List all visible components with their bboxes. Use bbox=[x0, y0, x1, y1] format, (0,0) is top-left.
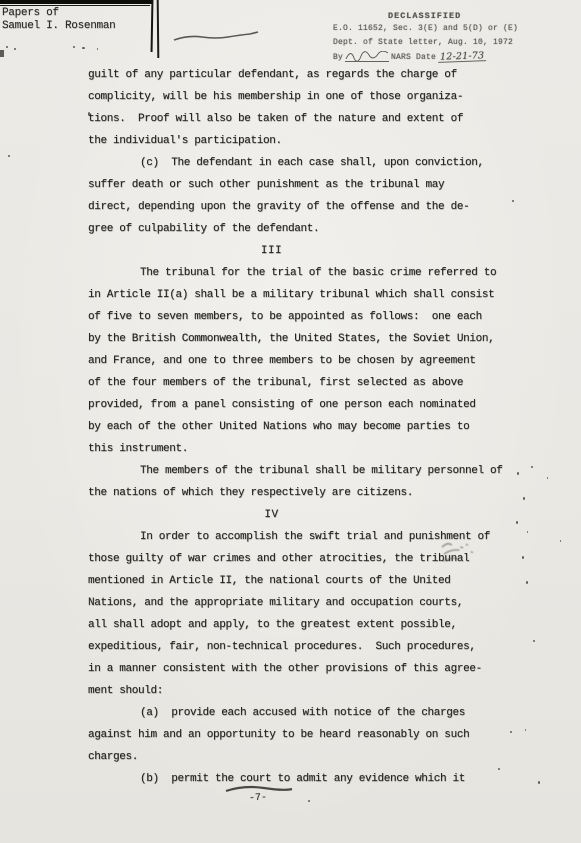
scan-speckle bbox=[6, 46, 8, 48]
scan-speckle bbox=[531, 466, 533, 468]
page-number: -7- bbox=[249, 793, 268, 805]
scan-speckle bbox=[0, 50, 4, 57]
scan-speckle bbox=[516, 521, 518, 524]
scan-speckle bbox=[97, 48, 98, 50]
text-line: all shall adopt and apply, to the greate… bbox=[88, 614, 510, 636]
pen-stroke-vertical bbox=[157, 0, 160, 58]
text-line: gree of culpability of the defendant. bbox=[88, 218, 510, 240]
scan-speckle bbox=[510, 731, 512, 733]
text-line: and France, and one to three members to … bbox=[88, 350, 510, 372]
scan-speckle bbox=[88, 112, 90, 116]
stamp-by-line: By NARS Date 12-21-73 bbox=[333, 51, 533, 62]
section-heading: III bbox=[88, 240, 510, 262]
text-line: (b) permit the court to admit any eviden… bbox=[88, 768, 510, 790]
text-line: against him and an opportunity to be hea… bbox=[88, 724, 510, 746]
collection-label: Papers of Samuel I. Rosenman bbox=[2, 7, 115, 32]
stamp-date-handwritten: 12-21-73 bbox=[438, 51, 487, 63]
text-line: by each of the other United Nations who … bbox=[88, 416, 510, 438]
text-line: direct, depending upon the gravity of th… bbox=[88, 196, 510, 218]
scan-speckle bbox=[82, 47, 85, 49]
text-line: complicity, will be his membership in on… bbox=[88, 86, 510, 108]
text-line: (c) The defendant in each case shall, up… bbox=[88, 152, 510, 174]
scan-speckle bbox=[517, 472, 519, 475]
document-body: guilt of any particular defendant, as re… bbox=[88, 64, 510, 790]
scan-speckle bbox=[512, 200, 514, 202]
stamp-eo-line: E.O. 11652, Sec. 3(E) and 5(D) or (E) bbox=[333, 24, 533, 33]
stamp-authority-line: Dept. of State letter, Aug. 10, 1972 bbox=[333, 38, 533, 47]
stamp-title: DECLASSIFIED bbox=[388, 12, 533, 21]
text-line: the individual's participation. bbox=[88, 130, 510, 152]
scan-speckle bbox=[527, 531, 528, 533]
pen-stroke-vertical bbox=[151, 0, 154, 52]
text-line: The members of the tribunal shall be mil… bbox=[88, 460, 510, 482]
stamp-by-label: By bbox=[333, 53, 343, 62]
scan-speckle bbox=[73, 46, 75, 48]
scan-speckle bbox=[547, 477, 548, 479]
text-line: mentioned in Article II, the national co… bbox=[88, 570, 510, 592]
text-line: The tribunal for the trial of the basic … bbox=[88, 262, 510, 284]
text-line: expeditious, fair, non-technical procedu… bbox=[88, 636, 510, 658]
section-heading: IV bbox=[88, 504, 510, 526]
signature-scribble-icon bbox=[345, 51, 389, 62]
text-line: ment should: bbox=[88, 680, 510, 702]
scan-speckle bbox=[533, 640, 535, 642]
declassification-stamp: DECLASSIFIED E.O. 11652, Sec. 3(E) and 5… bbox=[333, 12, 533, 62]
scan-speckle bbox=[538, 781, 540, 784]
collection-line1: Papers of bbox=[2, 7, 59, 19]
scanned-document-page: { "header": { "collection": { "line1": "… bbox=[0, 0, 581, 843]
text-line: in a manner consistent with the other pr… bbox=[88, 658, 510, 680]
redaction-bar-underline bbox=[0, 5, 150, 6]
text-line: of five to seven members, to be appointe… bbox=[88, 306, 510, 328]
text-line: in Article II(a) shall be a military tri… bbox=[88, 284, 510, 306]
text-line: this instrument. bbox=[88, 438, 510, 460]
scan-speckle bbox=[526, 581, 528, 584]
scan-speckle bbox=[522, 556, 524, 559]
text-line: tions. Proof will also be taken of the n… bbox=[88, 108, 510, 130]
redaction-bar bbox=[0, 0, 153, 4]
scan-speckle bbox=[523, 497, 525, 500]
scan-speckle bbox=[14, 48, 16, 50]
text-line: provided, from a panel consisting of one… bbox=[88, 394, 510, 416]
text-line: by the British Commonwealth, the United … bbox=[88, 328, 510, 350]
pen-squiggle bbox=[172, 30, 264, 46]
scan-speckle bbox=[498, 768, 500, 770]
scan-speckle bbox=[560, 540, 561, 542]
marginal-handwriting-smudge bbox=[439, 537, 482, 572]
stamp-nars-label: NARS Date bbox=[391, 53, 436, 62]
text-line: charges. bbox=[88, 746, 510, 768]
text-line: guilt of any particular defendant, as re… bbox=[88, 64, 510, 86]
scan-speckle bbox=[8, 155, 10, 157]
text-line: Nations, and the appropriate military an… bbox=[88, 592, 510, 614]
collection-line2: Samuel I. Rosenman bbox=[2, 20, 115, 32]
scan-speckle bbox=[525, 729, 526, 731]
scan-speckle bbox=[308, 800, 310, 802]
text-line: (a) provide each accused with notice of … bbox=[88, 702, 510, 724]
text-line: of the four members of the tribunal, fir… bbox=[88, 372, 510, 394]
text-line: the nations of which they respectively a… bbox=[88, 482, 510, 504]
text-line: suffer death or such other punishment as… bbox=[88, 174, 510, 196]
